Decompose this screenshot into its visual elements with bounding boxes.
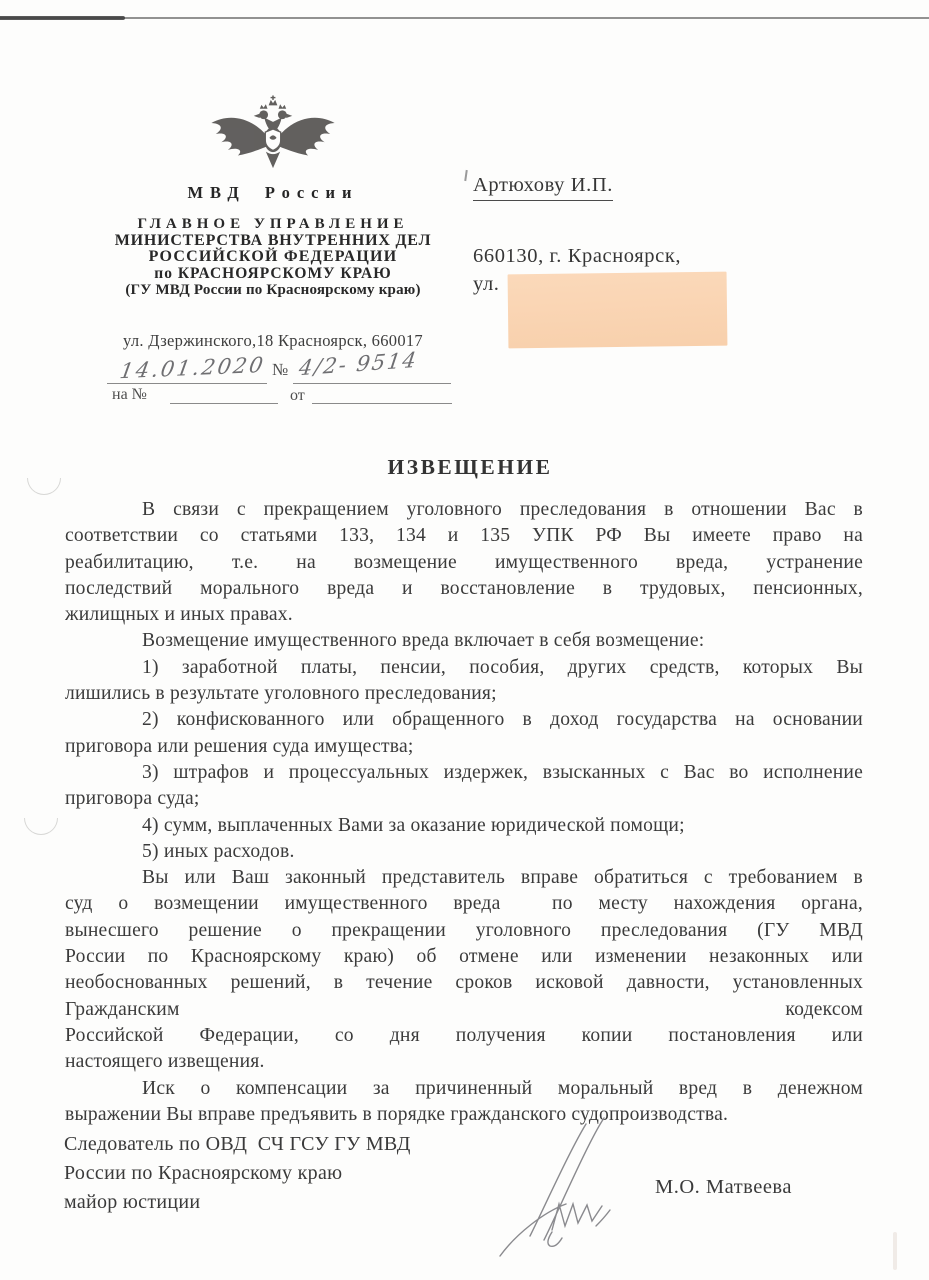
- body-line: суд о возмещении имущественного вреда по…: [65, 891, 863, 917]
- org-name-line: по КРАСНОЯРСКОМУ КРАЮ: [110, 266, 436, 283]
- body-line: России по Красноярскому краю) об отмене …: [65, 944, 863, 970]
- signatory-line: Следователь по ОВД СЧ ГСУ ГУ МВД: [64, 1130, 504, 1159]
- org-name-line: МИНИСТЕРСТВА ВНУТРЕННИХ ДЕЛ: [110, 233, 436, 250]
- body-line: Российской Федерации, со дня получения к…: [65, 1023, 863, 1049]
- document-title: ИЗВЕЩЕНИЕ: [0, 455, 929, 480]
- body-line: Возмещение имущественного вреда включает…: [65, 628, 863, 654]
- redaction-block: [508, 272, 728, 349]
- body-line: выражении Вы вправе предъявить в порядке…: [65, 1102, 863, 1128]
- split-left-word: Гражданским: [65, 997, 180, 1023]
- recipient-block: Артюхову И.П. 660130, г. Красноярск, ул.: [473, 174, 803, 296]
- org-name-line: (ГУ МВД России по Красноярскому краю): [110, 282, 436, 299]
- body-line: жилищных и иных правах.: [65, 602, 863, 628]
- from-underline: [312, 403, 452, 404]
- body-line: В связи с прекращением уголовного пресле…: [65, 497, 863, 523]
- body-line: реабилитацию, т.е. на возмещение имущест…: [65, 550, 863, 576]
- agency-short-name: МВД России: [110, 183, 436, 203]
- split-right-word: кодексом: [785, 997, 863, 1023]
- body-line: 4) сумм, выплаченных Вами за оказание юр…: [65, 813, 863, 839]
- recipient-address-line1: 660130, г. Красноярск,: [473, 245, 803, 268]
- letterhead-address: ул. Дзержинского,18 Красноярск, 660017: [110, 331, 436, 351]
- number-label: №: [272, 360, 288, 380]
- reference-block: 14.01.2020 № 4/2- 9514 на № от: [0, 353, 929, 413]
- signatory-line: России по Красноярскому краю: [64, 1159, 504, 1188]
- date-underline: [107, 383, 267, 384]
- body-line: лишились в результате уголовного преслед…: [65, 681, 863, 707]
- hole-punch-mark: [24, 818, 58, 835]
- handwritten-number: 4/2- 9514: [297, 348, 419, 381]
- from-label: от: [290, 387, 305, 405]
- body-line: 5) иных расходов.: [65, 839, 863, 865]
- hole-punch-mark: [27, 478, 61, 495]
- body-line: настоящего извещения.: [65, 1049, 863, 1075]
- document-page: МВД России ГЛАВНОЕ УПРАВЛЕНИЕ МИНИСТЕРСТ…: [0, 0, 929, 1280]
- signatory-line: майор юстиции: [64, 1188, 504, 1217]
- body-line: последствий морального вреда и восстанов…: [65, 576, 863, 602]
- body-line: Иск о компенсации за причиненный моральн…: [65, 1076, 863, 1102]
- body-line: соответствии со статьями 133, 134 и 135 …: [65, 523, 863, 549]
- body-line: 1) заработной платы, пенсии, пособия, др…: [65, 655, 863, 681]
- body-text: В связи с прекращением уголовного пресле…: [65, 497, 863, 1128]
- body-line: приговора или решения суда имущества;: [65, 734, 863, 760]
- body-line: Вы или Ваш законный представитель вправе…: [65, 865, 863, 891]
- body-line-split: Гражданским кодексом: [65, 997, 863, 1023]
- signatory-name: М.О. Матвеева: [655, 1176, 792, 1199]
- org-name-line: ГЛАВНОЕ УПРАВЛЕНИЕ: [110, 216, 436, 233]
- pen-tick-artifact: [464, 170, 468, 181]
- reply-underline: [170, 403, 278, 404]
- scan-artifact-line: [0, 17, 929, 19]
- reply-to-label: на №: [112, 386, 147, 404]
- mvd-emblem-icon: [207, 90, 339, 178]
- letterhead: МВД России ГЛАВНОЕ УПРАВЛЕНИЕ МИНИСТЕРСТ…: [110, 90, 436, 351]
- handwritten-date: 14.01.2020: [118, 353, 267, 384]
- body-line: 2) конфискованного или обращенного в дох…: [65, 707, 863, 733]
- body-line: 3) штрафов и процессуальных издержек, вз…: [65, 760, 863, 786]
- scan-smudge: [893, 1232, 897, 1270]
- number-underline: [293, 383, 451, 384]
- scan-artifact-line-left: [0, 16, 125, 20]
- body-line: вынесшего решение о прекращении уголовно…: [65, 918, 863, 944]
- body-line: необоснованных решений, в течение сроков…: [65, 970, 863, 996]
- body-line: приговора суда;: [65, 786, 863, 812]
- signatory-position: Следователь по ОВД СЧ ГСУ ГУ МВД России …: [64, 1130, 504, 1217]
- org-name-line: РОССИЙСКОЙ ФЕДЕРАЦИИ: [110, 249, 436, 266]
- recipient-name: Артюхову И.П.: [473, 174, 613, 201]
- signature-autograph: [492, 1108, 652, 1263]
